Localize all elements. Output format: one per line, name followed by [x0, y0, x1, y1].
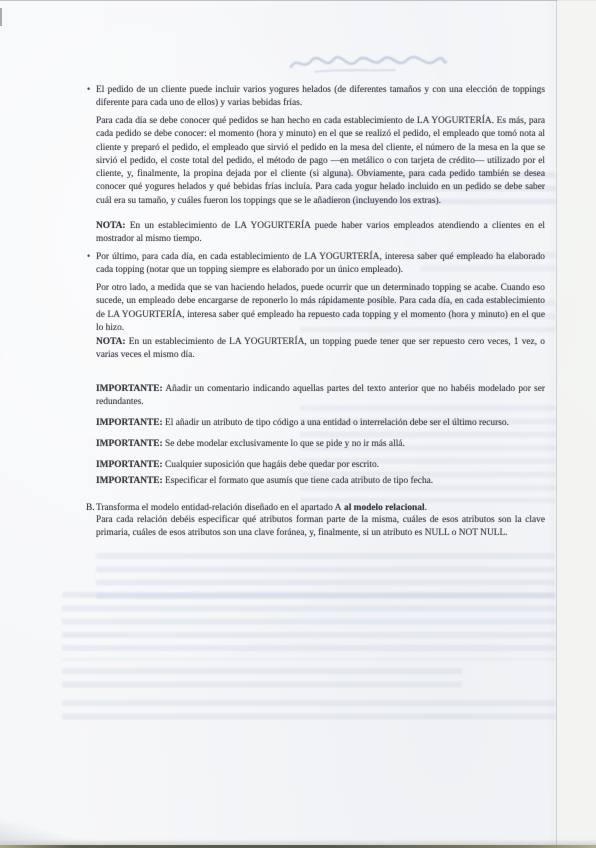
nota-1: NOTA: En un establecimiento de LA YOGURT…	[96, 220, 545, 247]
paragraph-order-details: Para cada día se debe conocer qué pedido…	[96, 115, 545, 208]
importante-2: IMPORTANTE: El añadir un atributo de tip…	[96, 417, 545, 430]
nota-text: En un establecimiento de LA YOGURTERÍA p…	[96, 221, 545, 244]
importante-label: IMPORTANTE:	[96, 439, 163, 449]
section-b-heading-text: Transforma el modelo entidad-relación di…	[96, 503, 341, 513]
bullet-marker: •	[87, 83, 90, 96]
document-text-column: • El pedido de un cliente puede incluir …	[96, 0, 545, 848]
section-b-heading-bold: al modelo relacional	[344, 503, 425, 513]
page-corner-curl	[0, 819, 95, 845]
page-left-edge-mark	[0, 8, 2, 26]
nota-text: En un establecimiento de LA YOGURTERÍA, …	[96, 337, 545, 360]
bullet-marker: •	[87, 250, 90, 263]
section-b-body: Para cada relación debéis especificar qu…	[96, 514, 545, 541]
importante-5: IMPORTANTE: Especificar el formato que a…	[96, 475, 545, 488]
scanned-document-page: • El pedido de un cliente puede incluir …	[0, 0, 596, 848]
paragraph-text: Para cada relación debéis especificar qu…	[96, 515, 545, 538]
importante-3: IMPORTANTE: Se debe modelar exclusivamen…	[96, 438, 545, 451]
importante-label: IMPORTANTE:	[96, 384, 163, 394]
importante-text: El añadir un atributo de tipo código a u…	[163, 418, 509, 428]
section-b-label: B.	[86, 502, 95, 515]
paragraph-text: Por otro lado, a medida que se van hacie…	[96, 283, 545, 333]
paragraph-text: Para cada día se debe conocer qué pedido…	[96, 116, 545, 206]
page-right-margin	[557, 0, 596, 848]
bullet-item-text: El pedido de un cliente puede incluir va…	[96, 85, 545, 108]
importante-label: IMPORTANTE:	[96, 460, 163, 470]
importante-1: IMPORTANTE: Añadir un comentario indican…	[96, 383, 545, 410]
bullet-item-topping-maker: • Por último, para cada día, en cada est…	[96, 251, 545, 278]
nota-label: NOTA:	[96, 337, 126, 347]
importante-text: Cualquier suposición que hagáis debe que…	[163, 460, 379, 470]
importante-text: Añadir un comentario indicando aquellas …	[96, 384, 545, 407]
importante-label: IMPORTANTE:	[96, 418, 163, 428]
nota-label: NOTA:	[96, 221, 126, 231]
paragraph-topping-restock: Por otro lado, a medida que se van hacie…	[96, 282, 545, 335]
importante-4: IMPORTANTE: Cualquier suposición que hag…	[96, 459, 545, 472]
bullet-item-text: Por último, para cada día, en cada estab…	[96, 252, 545, 275]
importante-text: Se debe modelar exclusivamente lo que se…	[163, 439, 405, 449]
importante-text: Especificar el formato que asumís que ti…	[163, 476, 433, 486]
section-b-heading-period: .	[425, 503, 427, 513]
bullet-item-order-description: • El pedido de un cliente puede incluir …	[96, 84, 545, 111]
page-fold-shadow	[556, 0, 557, 848]
importante-label: IMPORTANTE:	[96, 476, 163, 486]
nota-2: NOTA: En un establecimiento de LA YOGURT…	[96, 336, 545, 363]
